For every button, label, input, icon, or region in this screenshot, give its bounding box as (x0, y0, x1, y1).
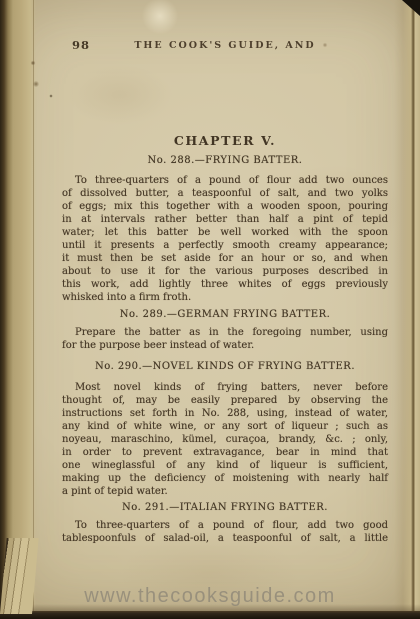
section-heading-290: No. 290.—NOVEL KINDS OF FRYING BATTER. (62, 361, 388, 372)
watermark-url: www.thecooksguide.com (0, 585, 420, 608)
section-heading-291: No. 291.—ITALIAN FRYING BATTER. (62, 502, 388, 513)
running-header: THE COOK'S GUIDE, AND (62, 40, 388, 51)
book-page-scan: 98 THE COOK'S GUIDE, AND CHAPTER V. No. … (0, 0, 420, 619)
section-paragraph-289: Prepare the batter as in the foregoing n… (62, 326, 388, 352)
gutter-fold-line (33, 0, 34, 619)
binding-gutter-shadow (0, 0, 36, 619)
scan-dark-corner (398, 0, 420, 16)
section-heading-288: No. 288.—FRYING BATTER. (62, 155, 388, 166)
section-paragraph-290: Most novel kinds of frying batters, neve… (62, 381, 388, 498)
section-paragraph-291: To three-quarters of a pound of flour, a… (62, 519, 388, 545)
scan-bottom-edge (0, 611, 420, 619)
page-right-edge (394, 0, 420, 619)
chapter-title: CHAPTER V. (62, 133, 388, 148)
section-heading-289: No. 289.—GERMAN FRYING BATTER. (62, 309, 388, 320)
page-header: 98 THE COOK'S GUIDE, AND (62, 38, 388, 54)
section-paragraph-288: To three-quarters of a pound of flour ad… (62, 174, 388, 304)
